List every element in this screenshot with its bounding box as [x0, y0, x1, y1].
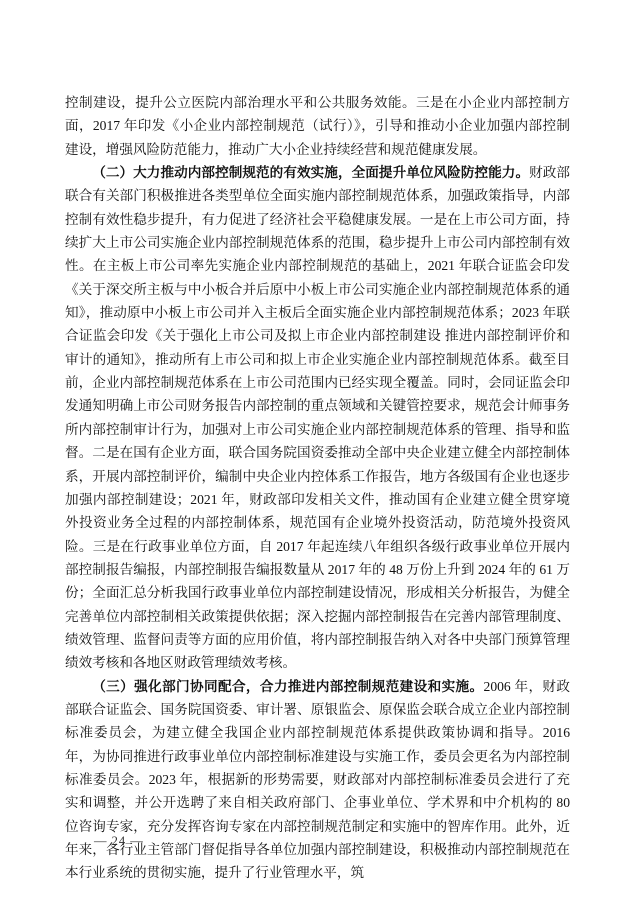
- section-3-heading: （三）强化部门协同配合，合力推进内部控制规范建设和实施。: [92, 679, 483, 694]
- paragraph-continuation: 控制建设，提升公立医院内部治理水平和公共服务效能。三是在小企业内部控制方面，20…: [65, 91, 570, 161]
- section-2-body-text: 财政部联合有关部门积极推进各类型单位全面实施内部控制规范体系，加强政策指导，内部…: [65, 165, 570, 670]
- document-text-block: 控制建设，提升公立医院内部治理水平和公共服务效能。三是在小企业内部控制方面，20…: [65, 91, 570, 885]
- section-3-body-text: 2006 年，财政部联合证监会、国务院国资委、审计署、原银监会、原保监会联合成立…: [65, 679, 570, 881]
- paragraph-section-2: （二）大力推动内部控制规范的有效实施，全面提升单位风险防控能力。财政部联合有关部…: [65, 161, 570, 675]
- paragraph-continuation-text: 控制建设，提升公立医院内部治理水平和公共服务效能。三是在小企业内部控制方面，20…: [65, 95, 570, 157]
- document-page: 控制建设，提升公立医院内部治理水平和公共服务效能。三是在小企业内部控制方面，20…: [0, 0, 637, 906]
- page-number: — 24 —: [94, 834, 144, 849]
- section-2-heading: （二）大力推动内部控制规范的有效实施，全面提升单位风险防控能力。: [92, 165, 529, 180]
- paragraph-section-3: （三）强化部门协同配合，合力推进内部控制规范建设和实施。2006 年，财政部联合…: [65, 675, 570, 885]
